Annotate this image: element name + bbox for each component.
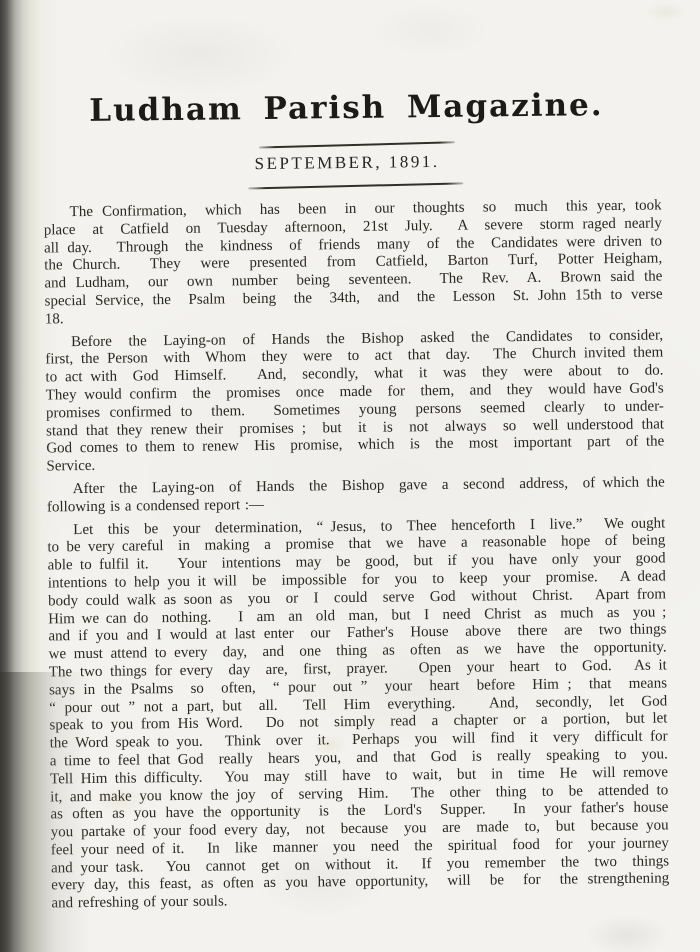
paragraph-second-address-intro: After the Laying-on of Hands the Bishop … <box>47 474 665 517</box>
paragraph-condensed-report: Let this be your determination, “ Jesus,… <box>47 515 669 914</box>
article-body: The Confirmation, which has been in our … <box>44 197 670 918</box>
issue-date: SEPTEMBER, 1891. <box>0 149 697 177</box>
divider-rule-top <box>259 141 455 148</box>
page-content: Ludham Parish Magazine. SEPTEMBER, 1891.… <box>0 0 700 952</box>
scanned-magazine-page: Ludham Parish Magazine. SEPTEMBER, 1891.… <box>0 0 700 952</box>
divider-rule-bottom <box>248 182 463 189</box>
book-binding-shadow <box>0 0 70 952</box>
paragraph-bishop-first-address: Before the Laying-on of Hands the Bishop… <box>45 327 665 476</box>
paragraph-confirmation-report: The Confirmation, which has been in our … <box>44 197 663 329</box>
magazine-title: Ludham Parish Magazine. <box>0 86 697 130</box>
